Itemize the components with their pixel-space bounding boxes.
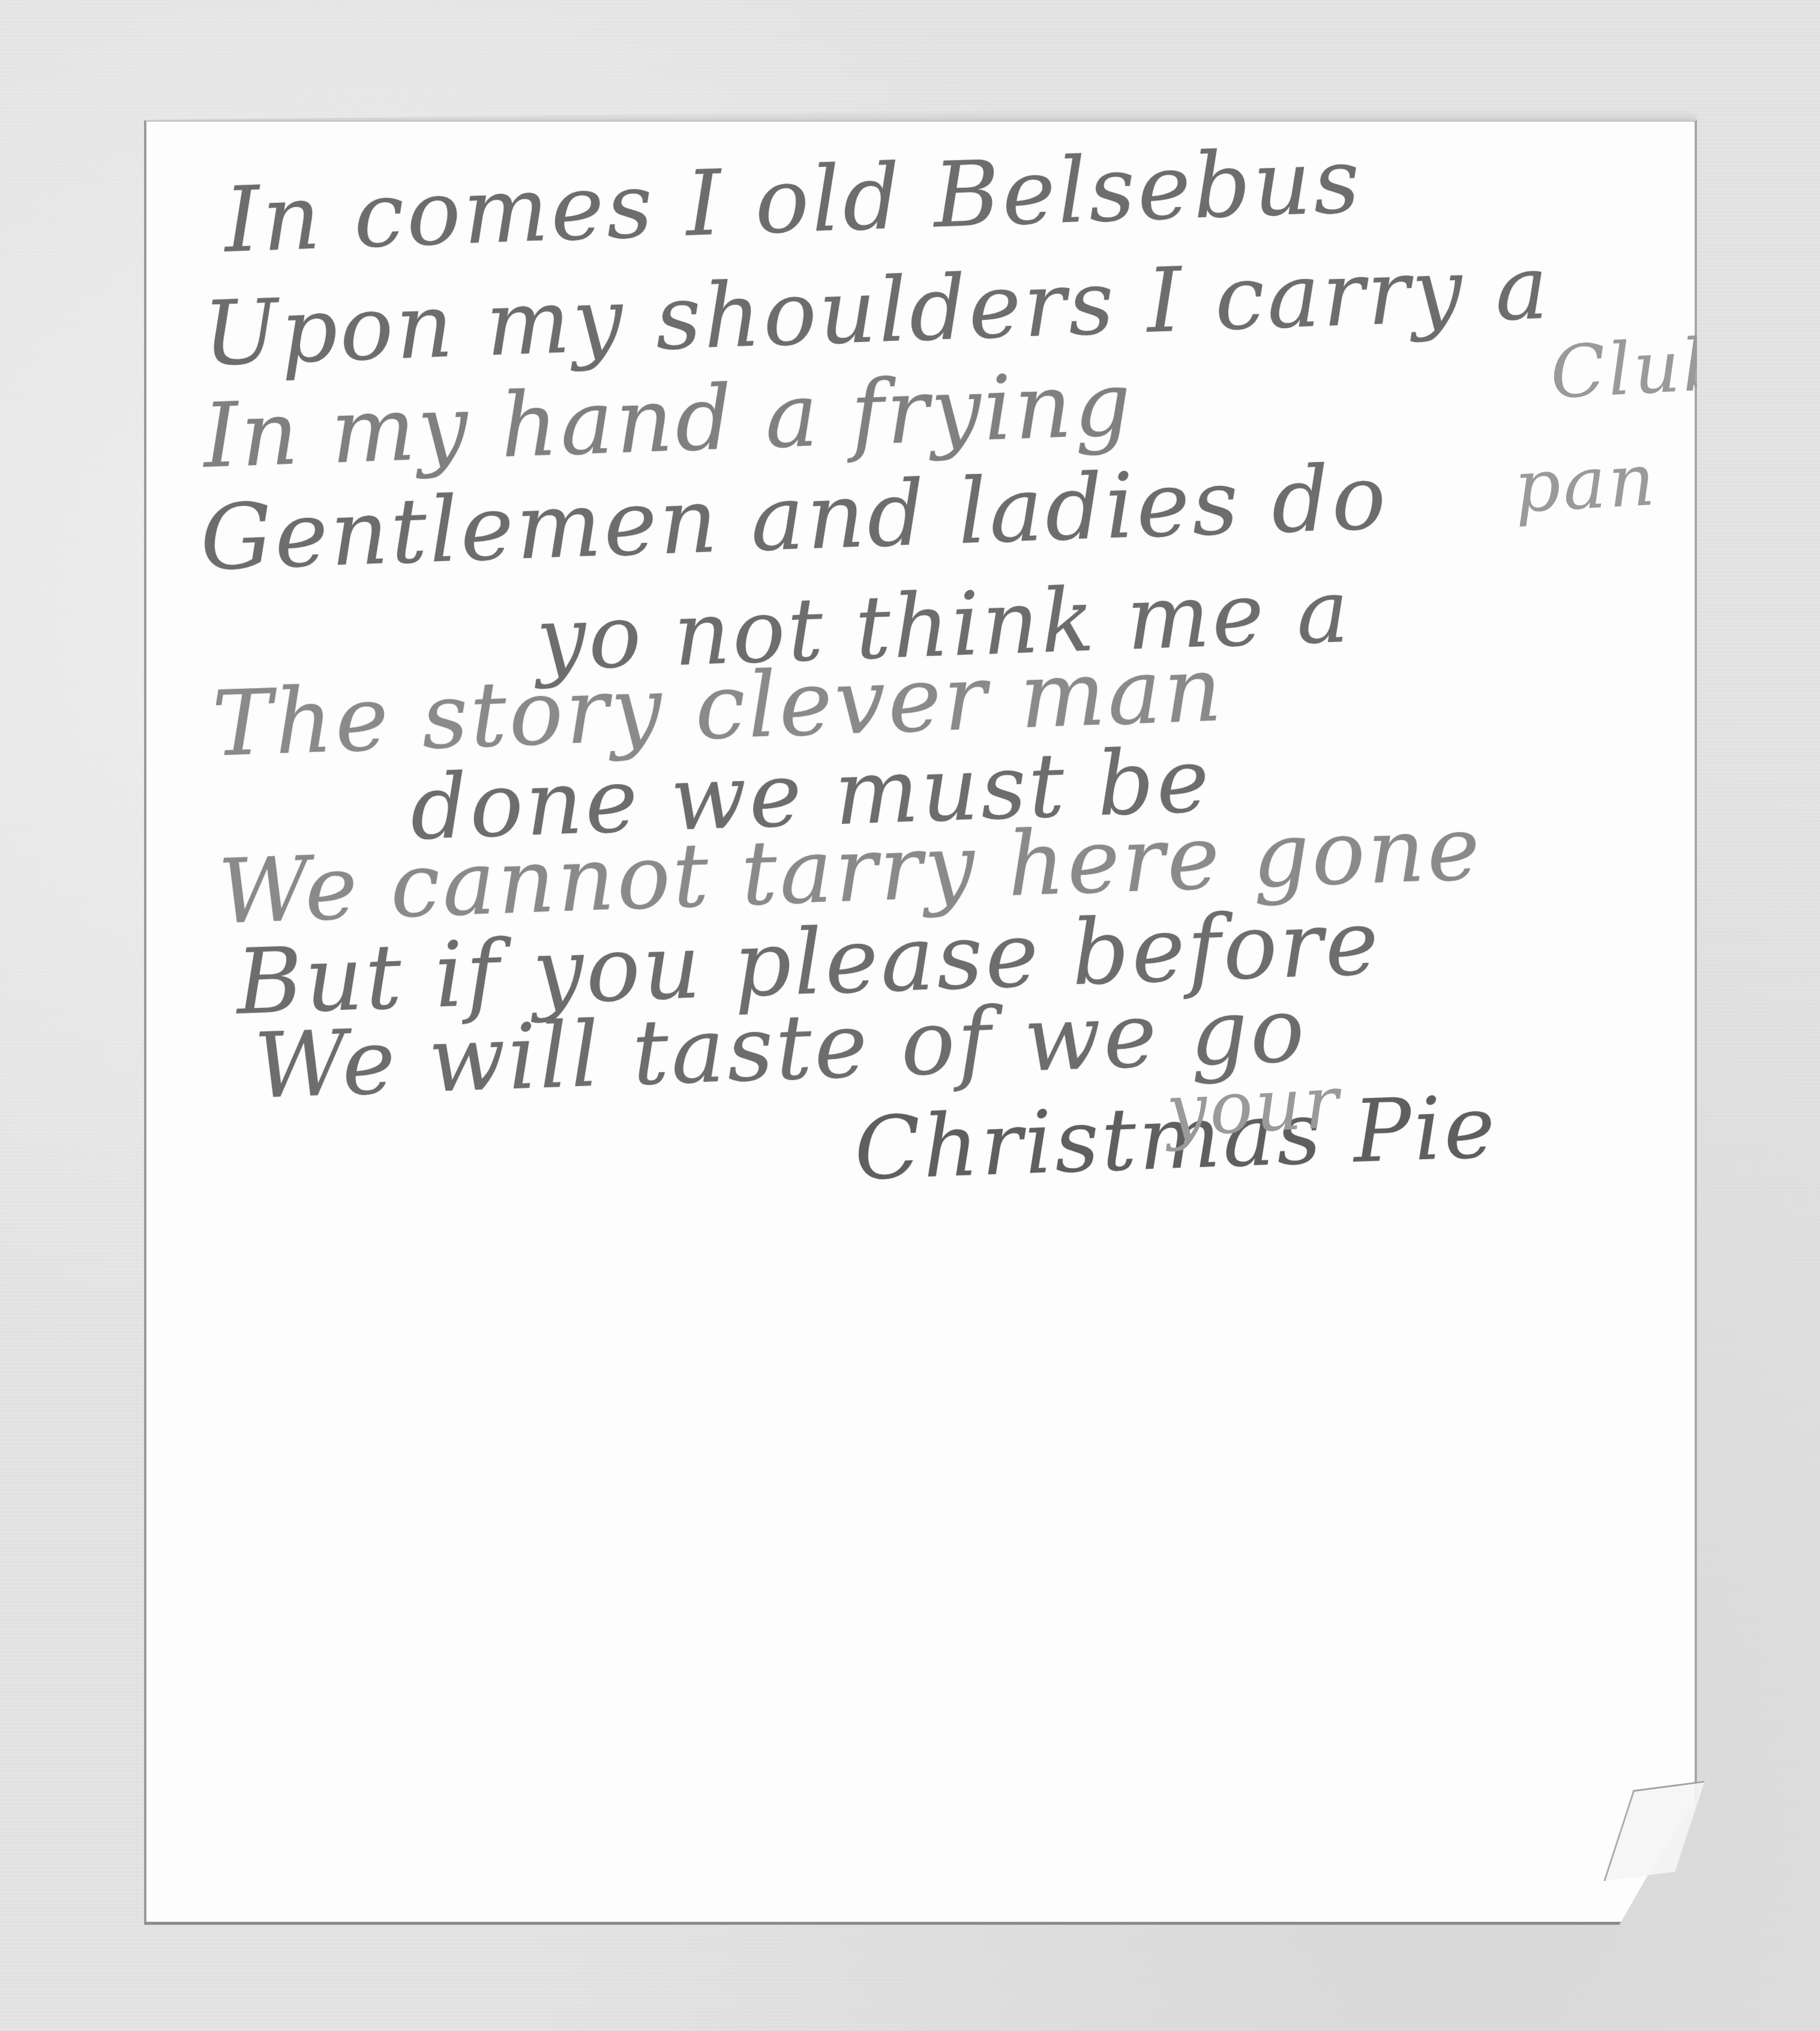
marginal-word-pan: pan [1512,439,1659,529]
handwritten-text-block: In comes I old Belsebus Upon my shoulder… [146,122,1695,1922]
paper-sheet: In comes I old Belsebus Upon my shoulder… [144,120,1697,1925]
marginal-word-your: your [1164,1061,1343,1153]
verse-line-1: In comes I old Belsebus [223,136,1363,266]
